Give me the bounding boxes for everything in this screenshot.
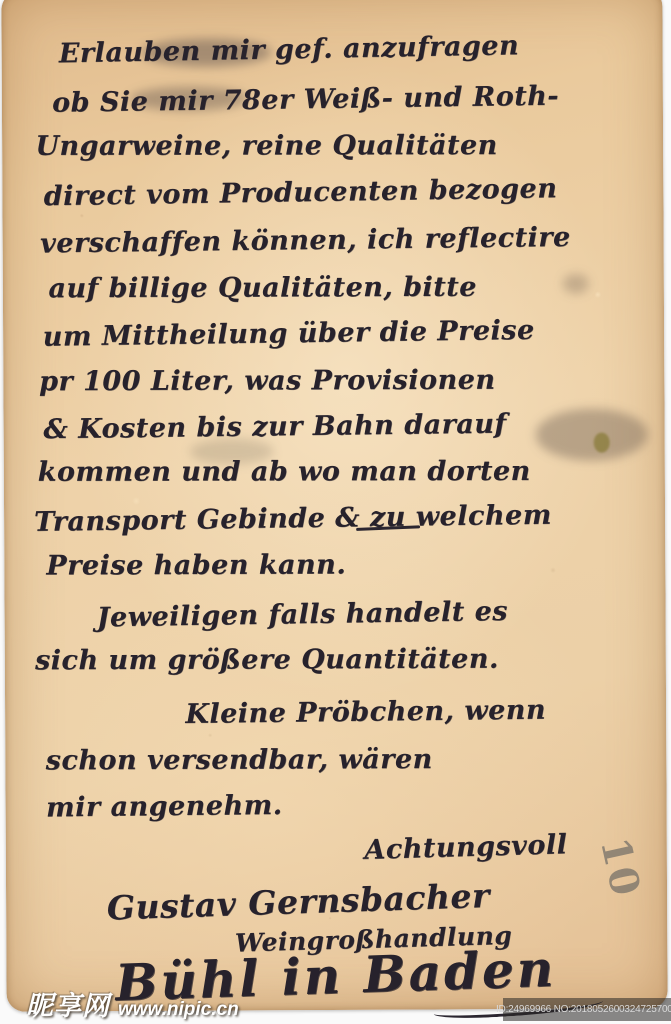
handwriting-line: direct vom Producenten bezogen <box>44 173 558 212</box>
watermark-site-url: www.nipic.cn <box>118 999 239 1021</box>
handwriting-line: auf billige Qualitäten, bitte <box>48 272 477 304</box>
watermark-site-name: 昵享网 <box>26 984 110 1023</box>
watermark-id-text: ID:24969966 NO:20180526003247257000 <box>496 1004 671 1015</box>
signature-name: Gustav Gernsbacher <box>106 876 490 928</box>
handwriting-line: & Kosten bis zur Bahn darauf <box>43 409 507 446</box>
handwritten-letter: Erlauben mir gef. anzufragen ob Sie mir … <box>0 0 671 1024</box>
closing-salutation: Achtungsvoll <box>364 829 568 866</box>
watermark-logo: 昵享网 www.nipic.cn <box>26 984 239 1023</box>
watermark-id-bar: ID:24969966 NO:20180526003247257000 <box>503 998 671 1021</box>
handwriting-line: ob Sie mir 78er Weiß- und Roth- <box>52 81 559 119</box>
handwriting-line: Preise haben kann. <box>46 549 346 581</box>
scanned-postcard-page: Erlauben mir gef. anzufragen ob Sie mir … <box>0 0 671 1024</box>
handwriting-line: pr 100 Liter, was Provisionen <box>39 365 496 398</box>
handwriting-line: Transport Gebinde & zu welchem <box>34 500 552 538</box>
handwriting-line: mir angenehm. <box>46 790 283 823</box>
handwriting-line: sich um größere Quantitäten. <box>35 644 499 677</box>
handwriting-line: Jeweiligen falls handelt es <box>96 596 508 633</box>
handwriting-line: Erlauben mir gef. anzufragen <box>59 30 520 69</box>
pencil-annotation: 10 <box>591 833 650 901</box>
handwriting-line: Ungarweine, reine Qualitäten <box>35 130 497 162</box>
handwriting-line: verschaffen können, ich reflectire <box>40 222 571 259</box>
handwriting-line: Kleine Pröbchen, wenn <box>185 695 546 730</box>
handwriting-line: um Mittheilung über die Preise <box>43 315 535 353</box>
handwriting-line: kommen und ab wo man dorten <box>38 456 531 488</box>
handwriting-line: schon versendbar, wären <box>46 744 433 776</box>
